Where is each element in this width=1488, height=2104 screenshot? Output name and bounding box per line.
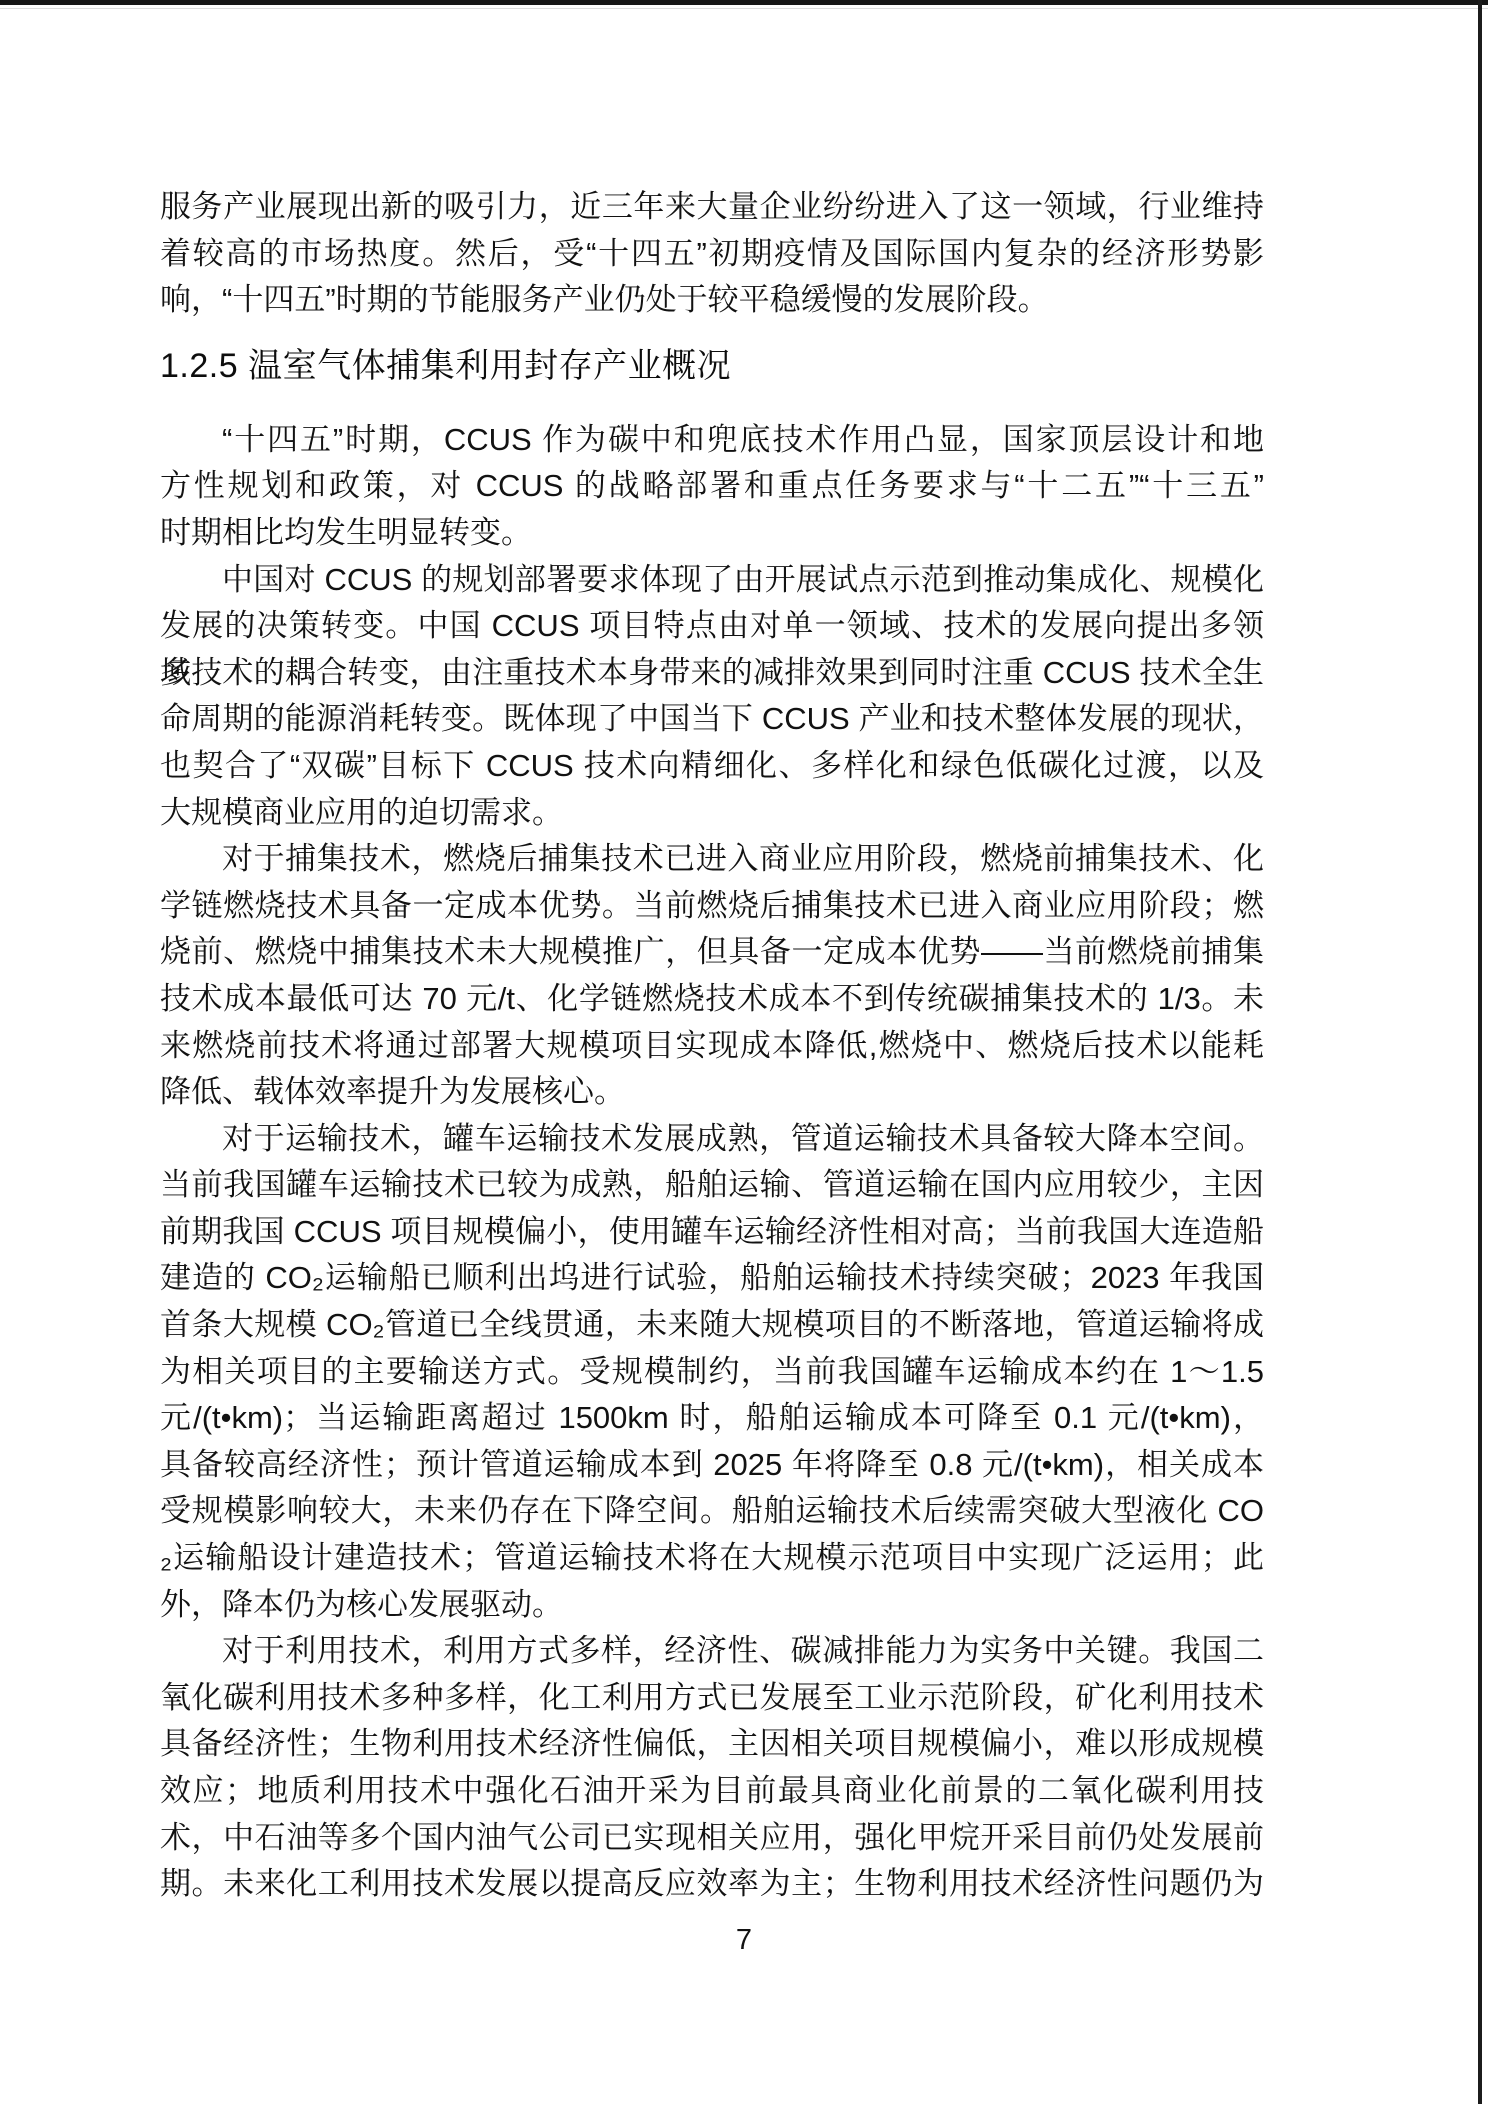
text-line: 对于运输技术，罐车运输技术发展成熟，管道运输技术具备较大降本空间。: [160, 1116, 1264, 1163]
right-edge-line: [1478, 0, 1482, 2104]
top-hairline: [0, 8, 1488, 9]
text-line: 方性规划和政策，对 CCUS 的战略部署和重点任务要求与“十二五”“十三五”: [160, 463, 1264, 510]
paragraph-transport-technology: 对于运输技术，罐车运输技术发展成熟，管道运输技术具备较大降本空间。当前我国罐车运…: [160, 1116, 1264, 1629]
text-line: 命周期的能源消耗转变。既体现了中国当下 CCUS 产业和技术整体发展的现状，: [160, 696, 1264, 743]
text-line: 术，中石油等多个国内油气公司已实现相关应用，强化甲烷开采目前仍处发展前: [160, 1815, 1264, 1862]
paragraph-ccus-overview: “十四五”时期，CCUS 作为碳中和兜底技术作用凸显，国家顶层设计和地方性规划和…: [160, 417, 1264, 557]
text-line: 着较高的市场热度。然后，受“十四五”初期疫情及国际国内复杂的经济形势影: [160, 231, 1264, 278]
section-heading: 1.2.5 温室气体捕集利用封存产业概况: [160, 341, 1264, 391]
text-line: 发展的决策转变。中国 CCUS 项目特点由对单一领域、技术的发展向提出多领域、: [160, 603, 1264, 650]
text-line: 多技术的耦合转变，由注重技术本身带来的减排效果到同时注重 CCUS 技术全生: [160, 650, 1264, 697]
paragraph-continued: 服务产业展现出新的吸引力，近三年来大量企业纷纷进入了这一领域，行业维持着较高的市…: [160, 184, 1264, 324]
text-line: 学链燃烧技术具备一定成本优势。当前燃烧后捕集技术已进入商业应用阶段；燃: [160, 883, 1264, 930]
text-line: 来燃烧前技术将通过部署大规模项目实现成本降低,燃烧中、燃烧后技术以能耗: [160, 1023, 1264, 1070]
text-line: 元/(t•km)；当运输距离超过 1500km 时，船舶运输成本可降至 0.1 …: [160, 1395, 1264, 1442]
paragraph-capture-technology: 对于捕集技术，燃烧后捕集技术已进入商业应用阶段，燃烧前捕集技术、化学链燃烧技术具…: [160, 836, 1264, 1116]
text-line: 首条大规模 CO₂管道已全线贯通，未来随大规模项目的不断落地，管道运输将成: [160, 1302, 1264, 1349]
text-line: 氧化碳利用技术多种多样，化工利用方式已发展至工业示范阶段，矿化利用技术: [160, 1675, 1264, 1722]
text-line: 前期我国 CCUS 项目规模偏小，使用罐车运输经济性相对高；当前我国大连造船: [160, 1209, 1264, 1256]
text-line: 烧前、燃烧中捕集技术未大规模推广，但具备一定成本优势——当前燃烧前捕集: [160, 929, 1264, 976]
text-line: 具备较高经济性；预计管道运输成本到 2025 年将降至 0.8 元/(t•km)…: [160, 1442, 1264, 1489]
text-line: 中国对 CCUS 的规划部署要求体现了由开展试点示范到推动集成化、规模化: [160, 557, 1264, 604]
text-line: 响，“十四五”时期的节能服务产业仍处于较平稳缓慢的发展阶段。: [160, 277, 1264, 324]
text-line: 技术成本最低可达 70 元/t、化学链燃烧技术成本不到传统碳捕集技术的 1/3。…: [160, 976, 1264, 1023]
text-line: 效应；地质利用技术中强化石油开采为目前最具商业化前景的二氧化碳利用技: [160, 1768, 1264, 1815]
paragraph-utilization-technology: 对于利用技术，利用方式多样，经济性、碳减排能力为实务中关键。我国二氧化碳利用技术…: [160, 1628, 1264, 1908]
text-line: 受规模影响较大，未来仍存在下降空间。船舶运输技术后续需突破大型液化 CO: [160, 1488, 1264, 1535]
text-line: 外，降本仍为核心发展驱动。: [160, 1582, 1264, 1629]
page-number: 7: [0, 1917, 1488, 1963]
text-line: 当前我国罐车运输技术已较为成熟，船舶运输、管道运输在国内应用较少，主因: [160, 1162, 1264, 1209]
text-line: 建造的 CO₂运输船已顺利出坞进行试验，船舶运输技术持续突破；2023 年我国: [160, 1255, 1264, 1302]
text-line: 服务产业展现出新的吸引力，近三年来大量企业纷纷进入了这一领域，行业维持: [160, 184, 1264, 231]
text-line: 大规模商业应用的迫切需求。: [160, 790, 1264, 837]
text-line: 期。未来化工利用技术发展以提高反应效率为主；生物利用技术经济性问题仍为: [160, 1861, 1264, 1908]
text-line: 对于捕集技术，燃烧后捕集技术已进入商业应用阶段，燃烧前捕集技术、化: [160, 836, 1264, 883]
paragraph-planning-shift: 中国对 CCUS 的规划部署要求体现了由开展试点示范到推动集成化、规模化发展的决…: [160, 557, 1264, 837]
text-line: 具备经济性；生物利用技术经济性偏低，主因相关项目规模偏小，难以形成规模: [160, 1721, 1264, 1768]
top-edge-bar: [0, 0, 1488, 5]
text-line: 为相关项目的主要输送方式。受规模制约，当前我国罐车运输成本约在 1～1.5: [160, 1349, 1264, 1396]
text-line: ₂运输船设计建造技术；管道运输技术将在大规模示范项目中实现广泛运用；此: [160, 1535, 1264, 1582]
document-page: 服务产业展现出新的吸引力，近三年来大量企业纷纷进入了这一领域，行业维持着较高的市…: [0, 0, 1488, 2104]
text-line: “十四五”时期，CCUS 作为碳中和兜底技术作用凸显，国家顶层设计和地: [160, 417, 1264, 464]
text-line: 时期相比均发生明显转变。: [160, 510, 1264, 557]
text-line: 也契合了“双碳”目标下 CCUS 技术向精细化、多样化和绿色低碳化过渡，以及: [160, 743, 1264, 790]
text-line: 对于利用技术，利用方式多样，经济性、碳减排能力为实务中关键。我国二: [160, 1628, 1264, 1675]
text-line: 降低、载体效率提升为发展核心。: [160, 1069, 1264, 1116]
text-block: 服务产业展现出新的吸引力，近三年来大量企业纷纷进入了这一领域，行业维持着较高的市…: [160, 184, 1264, 1908]
